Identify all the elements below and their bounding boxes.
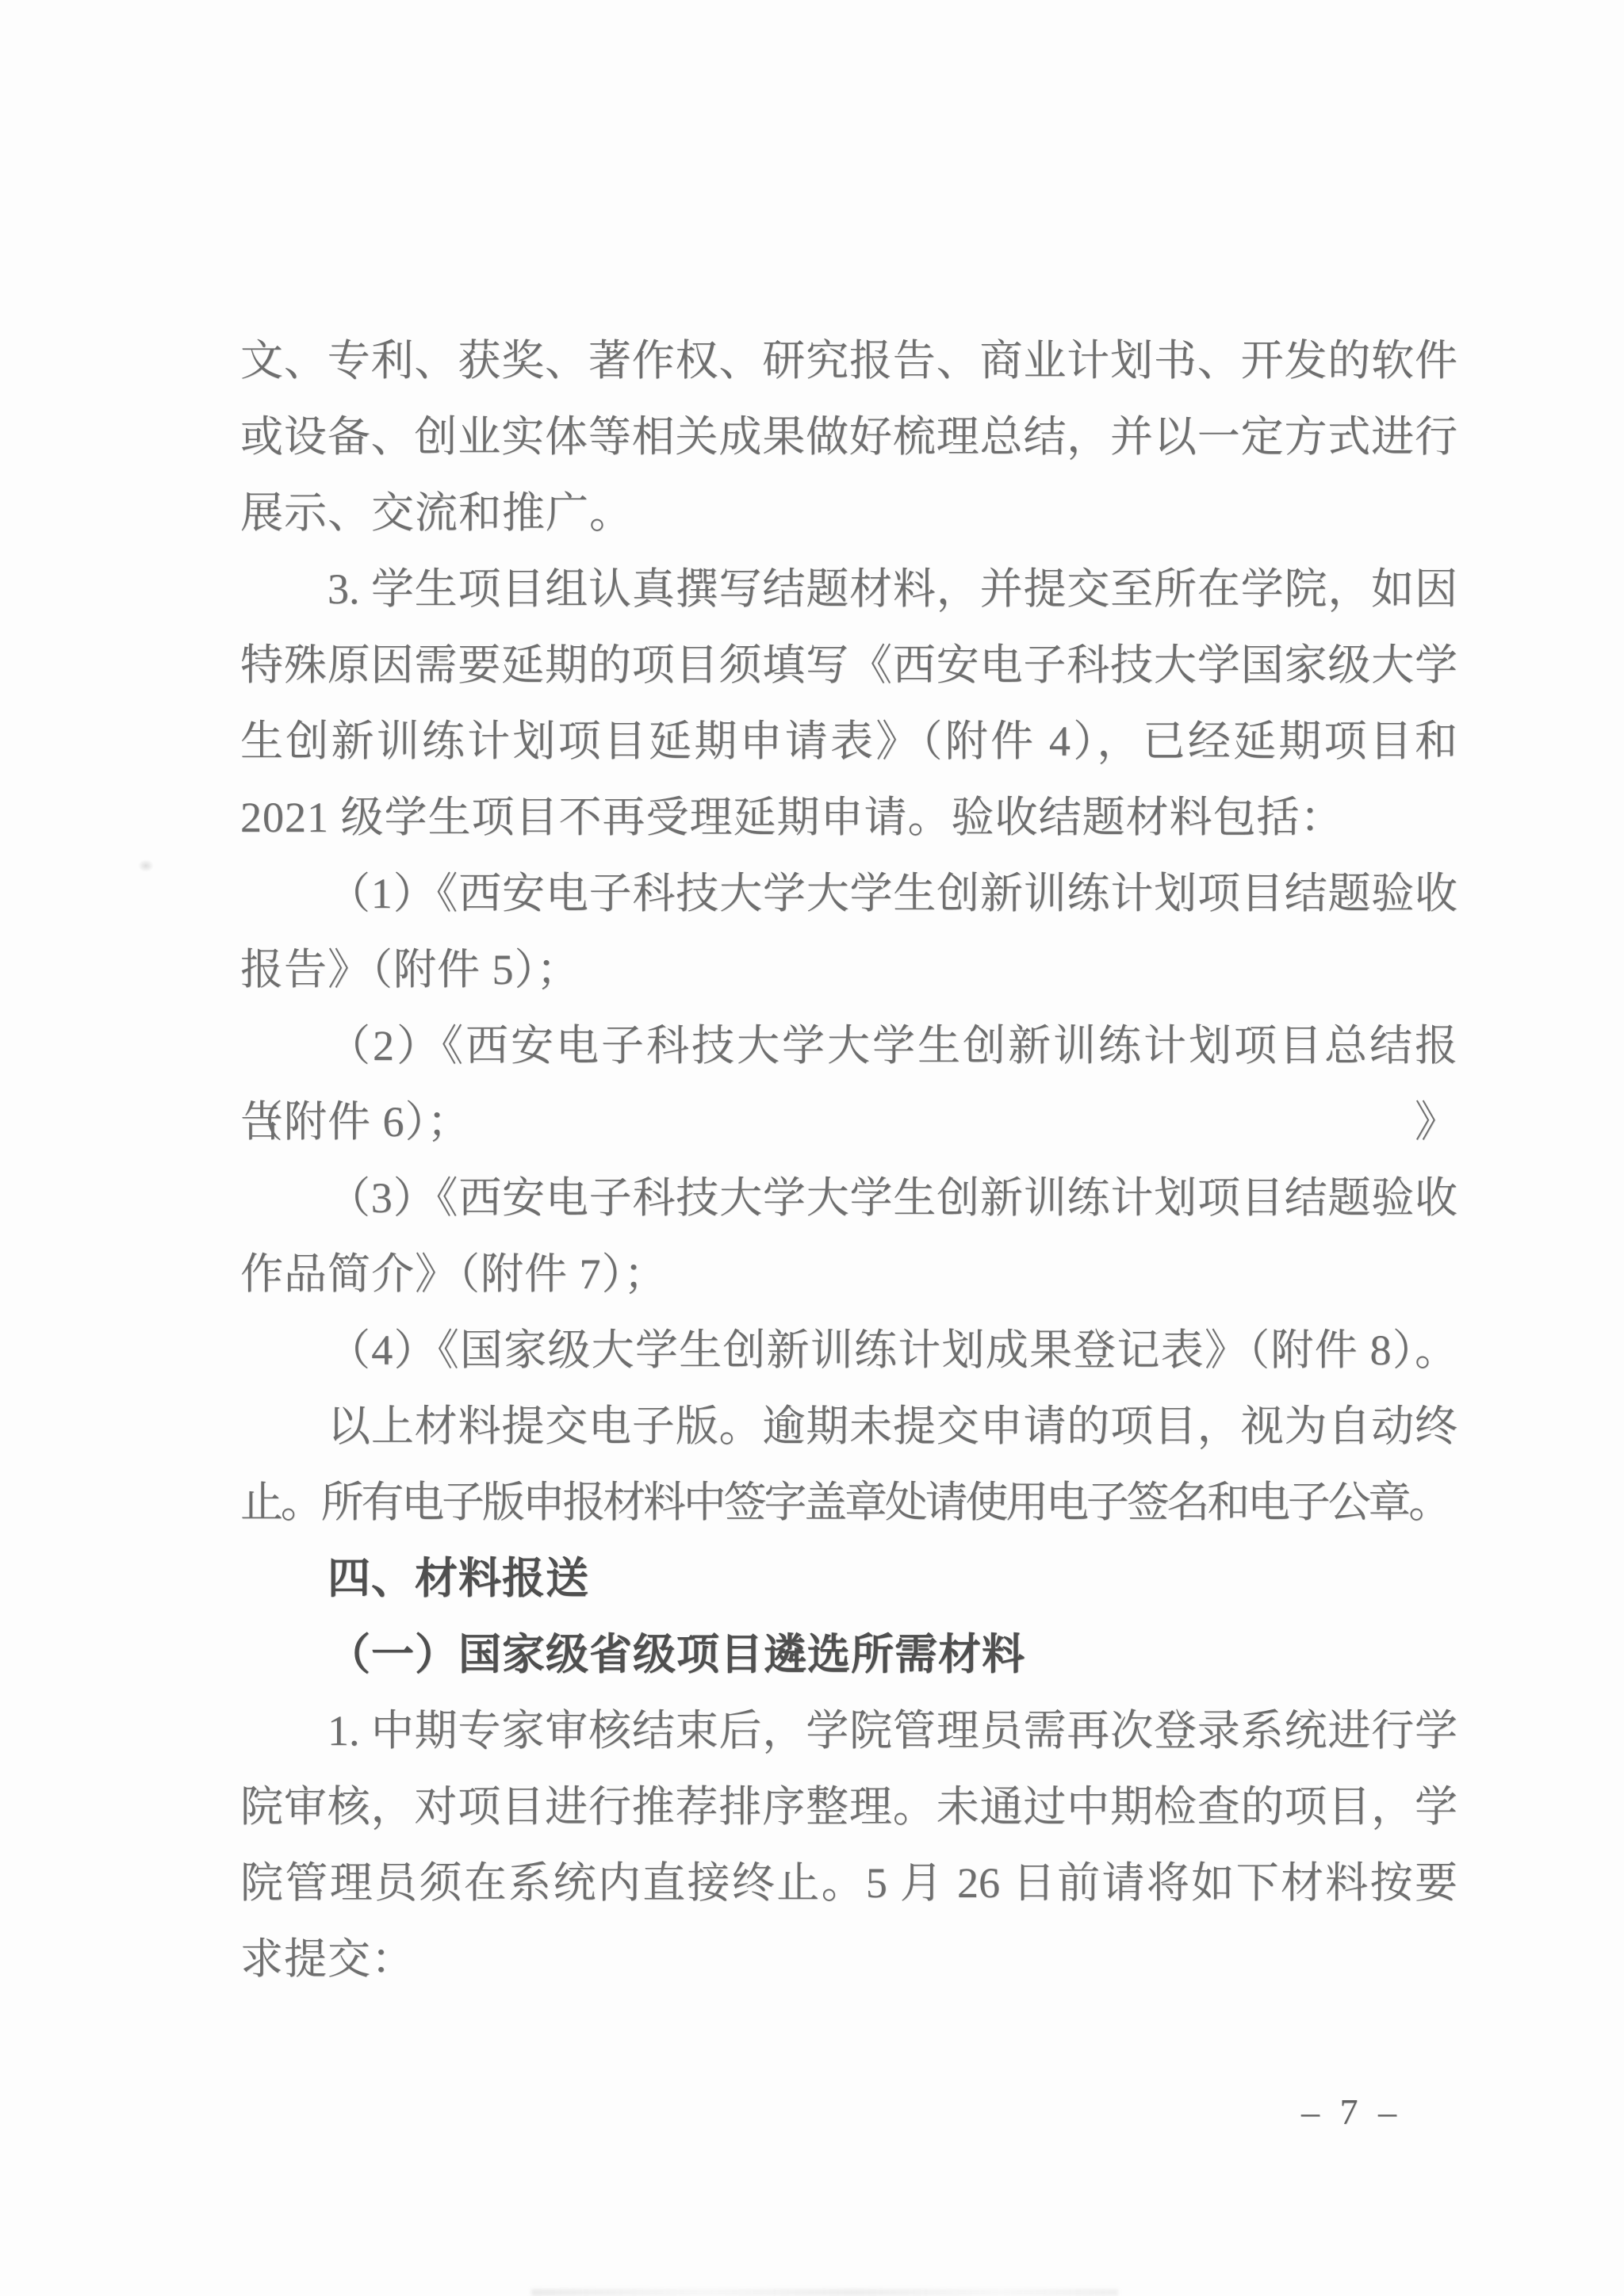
text-block: 文、专利、获奖、著作权、研究报告、商业计划书、开发的软件或设备、创业实体等相关成… [240, 323, 1457, 1997]
page-number: – 7 – [1301, 2080, 1402, 2144]
text-line: 以上材料提交电子版。逾期未提交申请的项目，视为自动终 [240, 1388, 1457, 1464]
text-line: 文、专利、获奖、著作权、研究报告、商业计划书、开发的软件 [240, 323, 1457, 399]
scanned-page: 文、专利、获奖、著作权、研究报告、商业计划书、开发的软件或设备、创业实体等相关成… [0, 0, 1624, 2296]
section-heading: （一）国家级省级项目遴选所需材料 [240, 1617, 1457, 1693]
scan-smudge [138, 859, 154, 872]
text-line: 院管理员须在系统内直接终止。5 月 26 日前请将如下材料按要 [240, 1845, 1457, 1921]
text-line: 3. 学生项目组认真撰写结题材料，并提交至所在学院，如因 [240, 551, 1457, 627]
scan-edge-artifact [531, 2289, 1118, 2296]
text-line: （1）《西安电子科技大学大学生创新训练计划项目结题验收 [240, 855, 1457, 932]
text-line: （3）《西安电子科技大学大学生创新训练计划项目结题验收 [240, 1160, 1457, 1236]
text-line: 报告》（附件 5）； [240, 932, 1457, 1008]
text-line: 特殊原因需要延期的项目须填写《西安电子科技大学国家级大学 [240, 627, 1457, 703]
section-heading: 四、材料报送 [240, 1540, 1457, 1617]
text-line: 院审核，对项目进行推荐排序整理。未通过中期检查的项目，学 [240, 1769, 1457, 1845]
text-line: 作品简介》（附件 7）； [240, 1236, 1457, 1312]
text-line: 展示、交流和推广。 [240, 475, 1457, 551]
text-line: 止。所有电子版申报材料中签字盖章处请使用电子签名和电子公章。 [240, 1464, 1457, 1540]
text-line: 或设备、创业实体等相关成果做好梳理总结，并以一定方式进行 [240, 399, 1457, 475]
text-line: 1. 中期专家审核结束后，学院管理员需再次登录系统进行学 [240, 1693, 1457, 1769]
text-line: 求提交： [240, 1921, 1457, 1997]
text-line: 2021 级学生项目不再受理延期申请。验收结题材料包括： [240, 779, 1457, 855]
text-line: 生创新训练计划项目延期申请表》（附件 4），已经延期项目和 [240, 703, 1457, 779]
text-line: （4）《国家级大学生创新训练计划成果登记表》（附件 8）。 [240, 1312, 1457, 1388]
text-line: （2）《西安电子科技大学大学生创新训练计划项目总结报告》 [240, 1008, 1457, 1084]
